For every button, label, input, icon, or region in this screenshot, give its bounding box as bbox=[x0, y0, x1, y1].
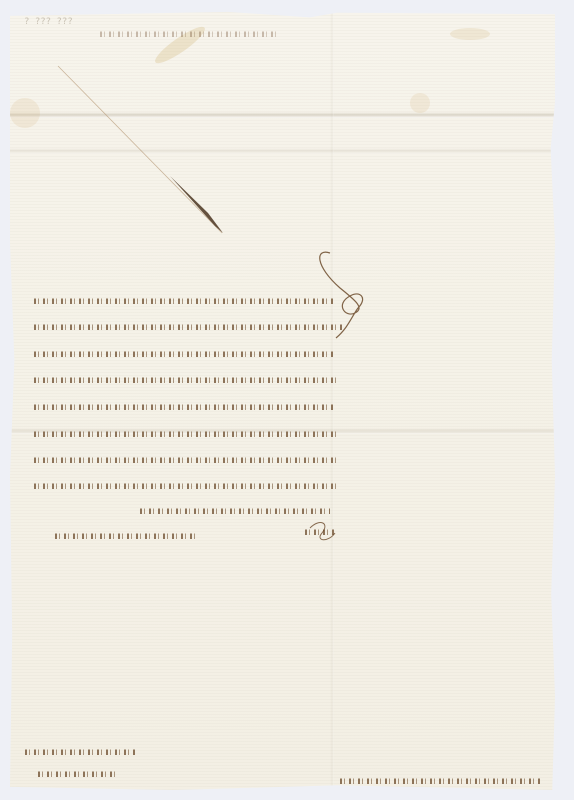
bottom-left-note-line: [illegible] bbox=[25, 746, 135, 758]
signature: [illegible] bbox=[305, 526, 335, 538]
body-line: [illegible] bbox=[34, 295, 334, 307]
closing-line: [illegible] bbox=[140, 505, 330, 517]
body-line: [illegible] bbox=[34, 454, 336, 466]
dateline: [illegible] bbox=[55, 530, 195, 542]
bottom-right-note: [illegible] bbox=[340, 775, 540, 787]
body-line: [illegible] bbox=[34, 401, 334, 413]
body-line: [illegible] bbox=[34, 374, 336, 386]
body-line: [illegible] bbox=[34, 348, 334, 360]
manuscript-page: ? ??? ??? [illegible] [illegible] [illeg… bbox=[10, 8, 555, 790]
header-line: [illegible] bbox=[100, 28, 280, 40]
body-line: [illegible] bbox=[34, 480, 336, 492]
body-line: [illegible] bbox=[34, 321, 342, 333]
body-line: [illegible] bbox=[34, 428, 336, 440]
ink-marks bbox=[10, 8, 555, 790]
bottom-left-note-line: [illegible] bbox=[38, 768, 118, 780]
